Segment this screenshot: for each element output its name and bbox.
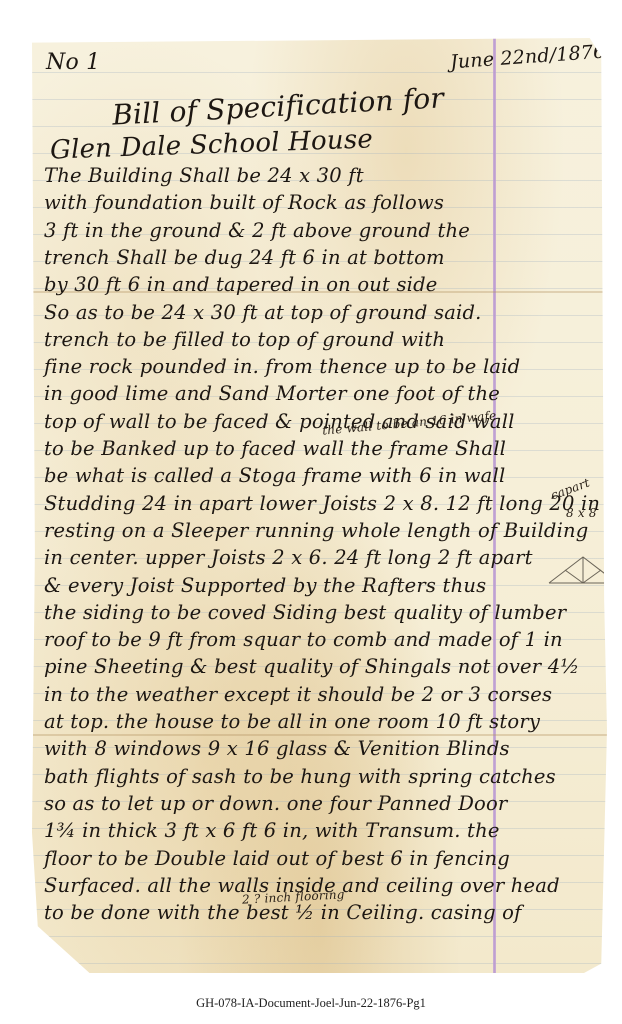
manuscript-line: to be Banked up to faced wall the frame … xyxy=(44,437,506,460)
manuscript-line: the siding to be coved Siding best quali… xyxy=(44,601,566,624)
rafter-truss-diagram-icon xyxy=(547,555,619,585)
manuscript-line: trench to be filled to top of ground wit… xyxy=(44,328,445,351)
manuscript-line: in to the weather except it should be 2 … xyxy=(44,683,552,706)
interlinear-note: 8 x 8 xyxy=(566,506,597,520)
manuscript-line: fine rock pounded in. from thence up to … xyxy=(44,355,520,378)
manuscript-line: at top. the house to be all in one room … xyxy=(44,710,540,733)
manuscript-line: So as to be 24 x 30 ft at top of ground … xyxy=(44,301,482,324)
manuscript-line: bath flights of sash to be hung with spr… xyxy=(44,765,556,788)
manuscript-line: with 8 windows 9 x 16 glass & Venition B… xyxy=(44,737,510,760)
manuscript-line: in good lime and Sand Morter one foot of… xyxy=(44,382,500,405)
manuscript-line: with foundation built of Rock as follows xyxy=(44,191,444,214)
manuscript-line: so as to let up or down. one four Panned… xyxy=(44,792,507,815)
manuscript-line: by 30 ft 6 in and tapered in on out side xyxy=(44,273,438,296)
manuscript-page: No 1 June 22nd/1876 Bill of Specificatio… xyxy=(32,38,607,973)
manuscript-line: pine Sheeting & best quality of Shingals… xyxy=(44,655,579,678)
manuscript-line: resting on a Sleeper running whole lengt… xyxy=(44,519,588,542)
manuscript-line: 1¾ in thick 3 ft x 6 ft 6 in, with Trans… xyxy=(44,819,500,842)
image-caption: GH-078-IA-Document-Joel-Jun-22-1876-Pg1 xyxy=(0,996,622,1011)
manuscript-line: in center. upper Joists 2 x 6. 24 ft lon… xyxy=(44,546,533,569)
manuscript-line: The Building Shall be 24 x 30 ft xyxy=(44,164,364,187)
manuscript-line: 3 ft in the ground & 2 ft above ground t… xyxy=(44,219,470,242)
manuscript-line: Studding 24 in apart lower Joists 2 x 8.… xyxy=(44,492,600,515)
document-number: No 1 xyxy=(46,50,100,75)
manuscript-line: & every Joist Supported by the Rafters t… xyxy=(44,574,486,597)
manuscript-line: roof to be 9 ft from squar to comb and m… xyxy=(44,628,563,651)
manuscript-line: be what is called a Stoga frame with 6 i… xyxy=(44,464,505,487)
fold-crease xyxy=(32,734,607,736)
manuscript-line: floor to be Double laid out of best 6 in… xyxy=(44,847,510,870)
manuscript-line: trench Shall be dug 24 ft 6 in at bottom xyxy=(44,246,445,269)
